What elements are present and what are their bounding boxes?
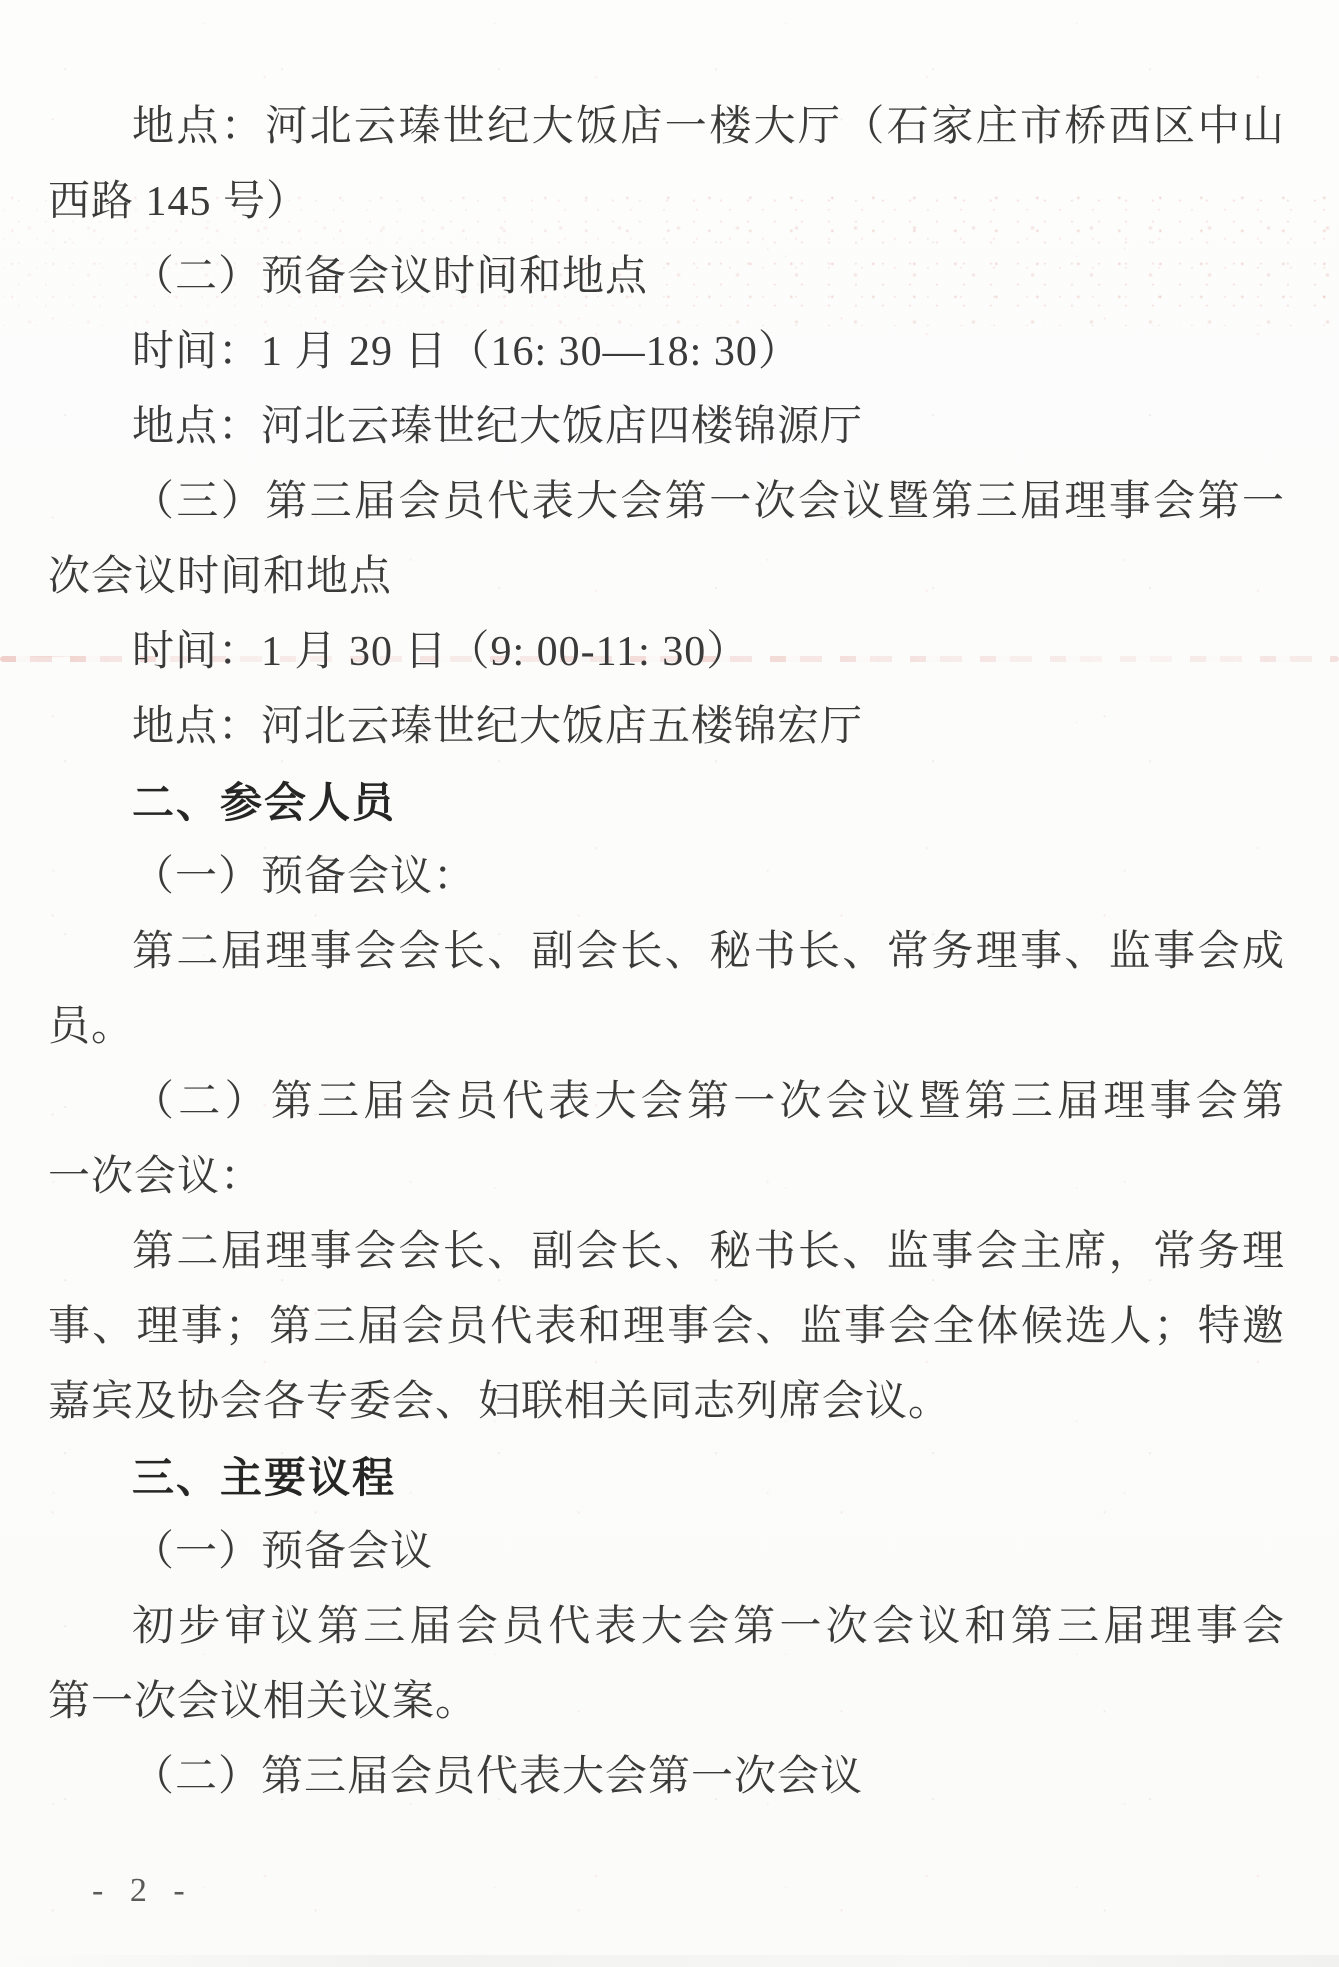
doc-line: 时间：1 月 29 日（16: 30—18: 30） (48, 315, 1285, 390)
document-body: 地点：河北云瑧世纪大饭店一楼大厅（石家庄市桥西区中山 西路 145 号） （二）… (48, 90, 1285, 1815)
doc-line: 嘉宾及协会各专委会、妇联相关同志列席会议。 (48, 1365, 1285, 1440)
doc-line: 地点：河北云瑧世纪大饭店五楼锦宏厅 (48, 690, 1285, 765)
doc-line: 事、理事；第三届会员代表和理事会、监事会全体候选人；特邀 (48, 1290, 1285, 1365)
doc-line: 地点：河北云瑧世纪大饭店四楼锦源厅 (48, 390, 1285, 465)
bottom-scan-streak (0, 1955, 1339, 1967)
doc-line: 第二届理事会会长、副会长、秘书长、监事会主席，常务理 (48, 1215, 1285, 1290)
document-page: 地点：河北云瑧世纪大饭店一楼大厅（石家庄市桥西区中山 西路 145 号） （二）… (0, 0, 1339, 1967)
doc-line: （二）第三届会员代表大会第一次会议暨第三届理事会第 (48, 1065, 1285, 1140)
section-heading-agenda: 三、主要议程 (48, 1440, 1285, 1515)
doc-line: 初步审议第三届会员代表大会第一次会议和第三届理事会 (48, 1590, 1285, 1665)
doc-line: （三）第三届会员代表大会第一次会议暨第三届理事会第一 (48, 465, 1285, 540)
doc-line: 地点：河北云瑧世纪大饭店一楼大厅（石家庄市桥西区中山 (48, 90, 1285, 165)
doc-line: 西路 145 号） (48, 165, 1285, 240)
doc-line: （二）第三届会员代表大会第一次会议 (48, 1740, 1285, 1815)
doc-line: 第一次会议相关议案。 (48, 1665, 1285, 1740)
doc-line: （一）预备会议： (48, 840, 1285, 915)
page-number: - 2 - (92, 1872, 194, 1910)
doc-line: 时间：1 月 30 日（9: 00-11: 30） (48, 615, 1285, 690)
doc-line: 员。 (48, 990, 1285, 1065)
doc-line: （二）预备会议时间和地点 (48, 240, 1285, 315)
section-heading-participants: 二、参会人员 (48, 765, 1285, 840)
doc-line: 一次会议： (48, 1140, 1285, 1215)
doc-line: 次会议时间和地点 (48, 540, 1285, 615)
doc-line: （一）预备会议 (48, 1515, 1285, 1590)
doc-line: 第二届理事会会长、副会长、秘书长、常务理事、监事会成 (48, 915, 1285, 990)
